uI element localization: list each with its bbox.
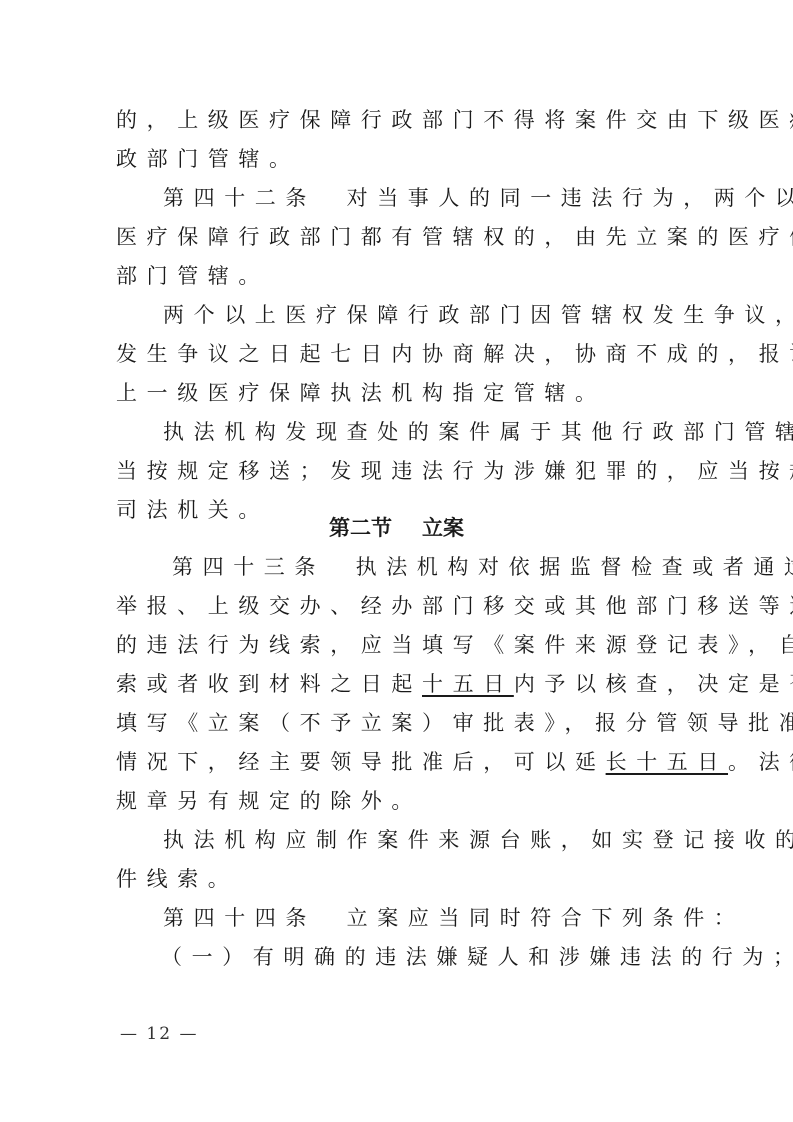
text-line: 填写《立案（不予立案）审批表》，报分管领导批准。特殊: [116, 704, 676, 743]
underlined-deadline: 十五日: [422, 672, 514, 696]
paragraph-start-line: 执法机构应制作案件来源台账，如实登记接收的全部案: [163, 821, 676, 860]
text-line: 的，上级医疗保障行政部门不得将案件交由下级医疗保障行: [116, 101, 676, 140]
text-line: 当按规定移送；发现违法行为涉嫌犯罪的，应当按规定移送: [116, 452, 676, 491]
text-segment: 。法律法规和: [728, 750, 793, 774]
text-segment: 情况下，经主要领导批准后，可以延: [116, 750, 606, 774]
text-line: 上一级医疗保障执法机构指定管辖。: [116, 374, 676, 413]
section-heading: 第二节立案: [0, 508, 793, 547]
section-title: 立案: [422, 515, 464, 540]
section-number: 第二节: [329, 515, 392, 540]
paragraph-start-line: 执法机构发现查处的案件属于其他行政部门管辖的，应: [163, 413, 676, 452]
document-page: 的，上级医疗保障行政部门不得将案件交由下级医疗保障行 政部门管辖。 第四十二条 …: [0, 0, 793, 1122]
text-line: 规章另有规定的除外。: [116, 782, 676, 821]
text-line: 举报、上级交办、经办部门移交或其他部门移送等途径发现: [116, 587, 676, 626]
text-line: 情况下，经主要领导批准后，可以延长十五日。法律法规和: [116, 743, 676, 782]
text-line: 政部门管辖。: [116, 140, 676, 179]
article-42-heading-line: 第四十二条 对当事人的同一违法行为，两个以上同级: [163, 179, 676, 218]
article-43-heading-line: 第四十三条 执法机构对依据监督检查或者通过投诉: [172, 548, 676, 587]
paragraph-start-line: 两个以上医疗保障行政部门因管辖权发生争议，应当自: [163, 296, 676, 335]
text-line: 件线索。: [116, 860, 676, 899]
list-item-1: （一）有明确的违法嫌疑人和涉嫌违法的行为；: [161, 938, 676, 977]
underlined-extension: 长十五日: [606, 750, 728, 774]
article-44-heading-line: 第四十四条 立案应当同时符合下列条件：: [163, 899, 676, 938]
text-line: 医疗保障行政部门都有管辖权的，由先立案的医疗保障行政: [116, 218, 676, 257]
text-line: 发生争议之日起七日内协商解决，协商不成的，报请共同的: [116, 335, 676, 374]
text-segment: 索或者收到材料之日起: [116, 672, 422, 696]
page-number: — 12 —: [120, 1024, 198, 1044]
text-line: 的违法行为线索，应当填写《案件来源登记表》，自发现线: [116, 626, 676, 665]
text-line: 索或者收到材料之日起十五日内予以核查，决定是否立案，: [116, 665, 676, 704]
text-segment: 内予以核查，决定是否立案，: [514, 672, 793, 696]
text-line: 部门管辖。: [116, 257, 676, 296]
